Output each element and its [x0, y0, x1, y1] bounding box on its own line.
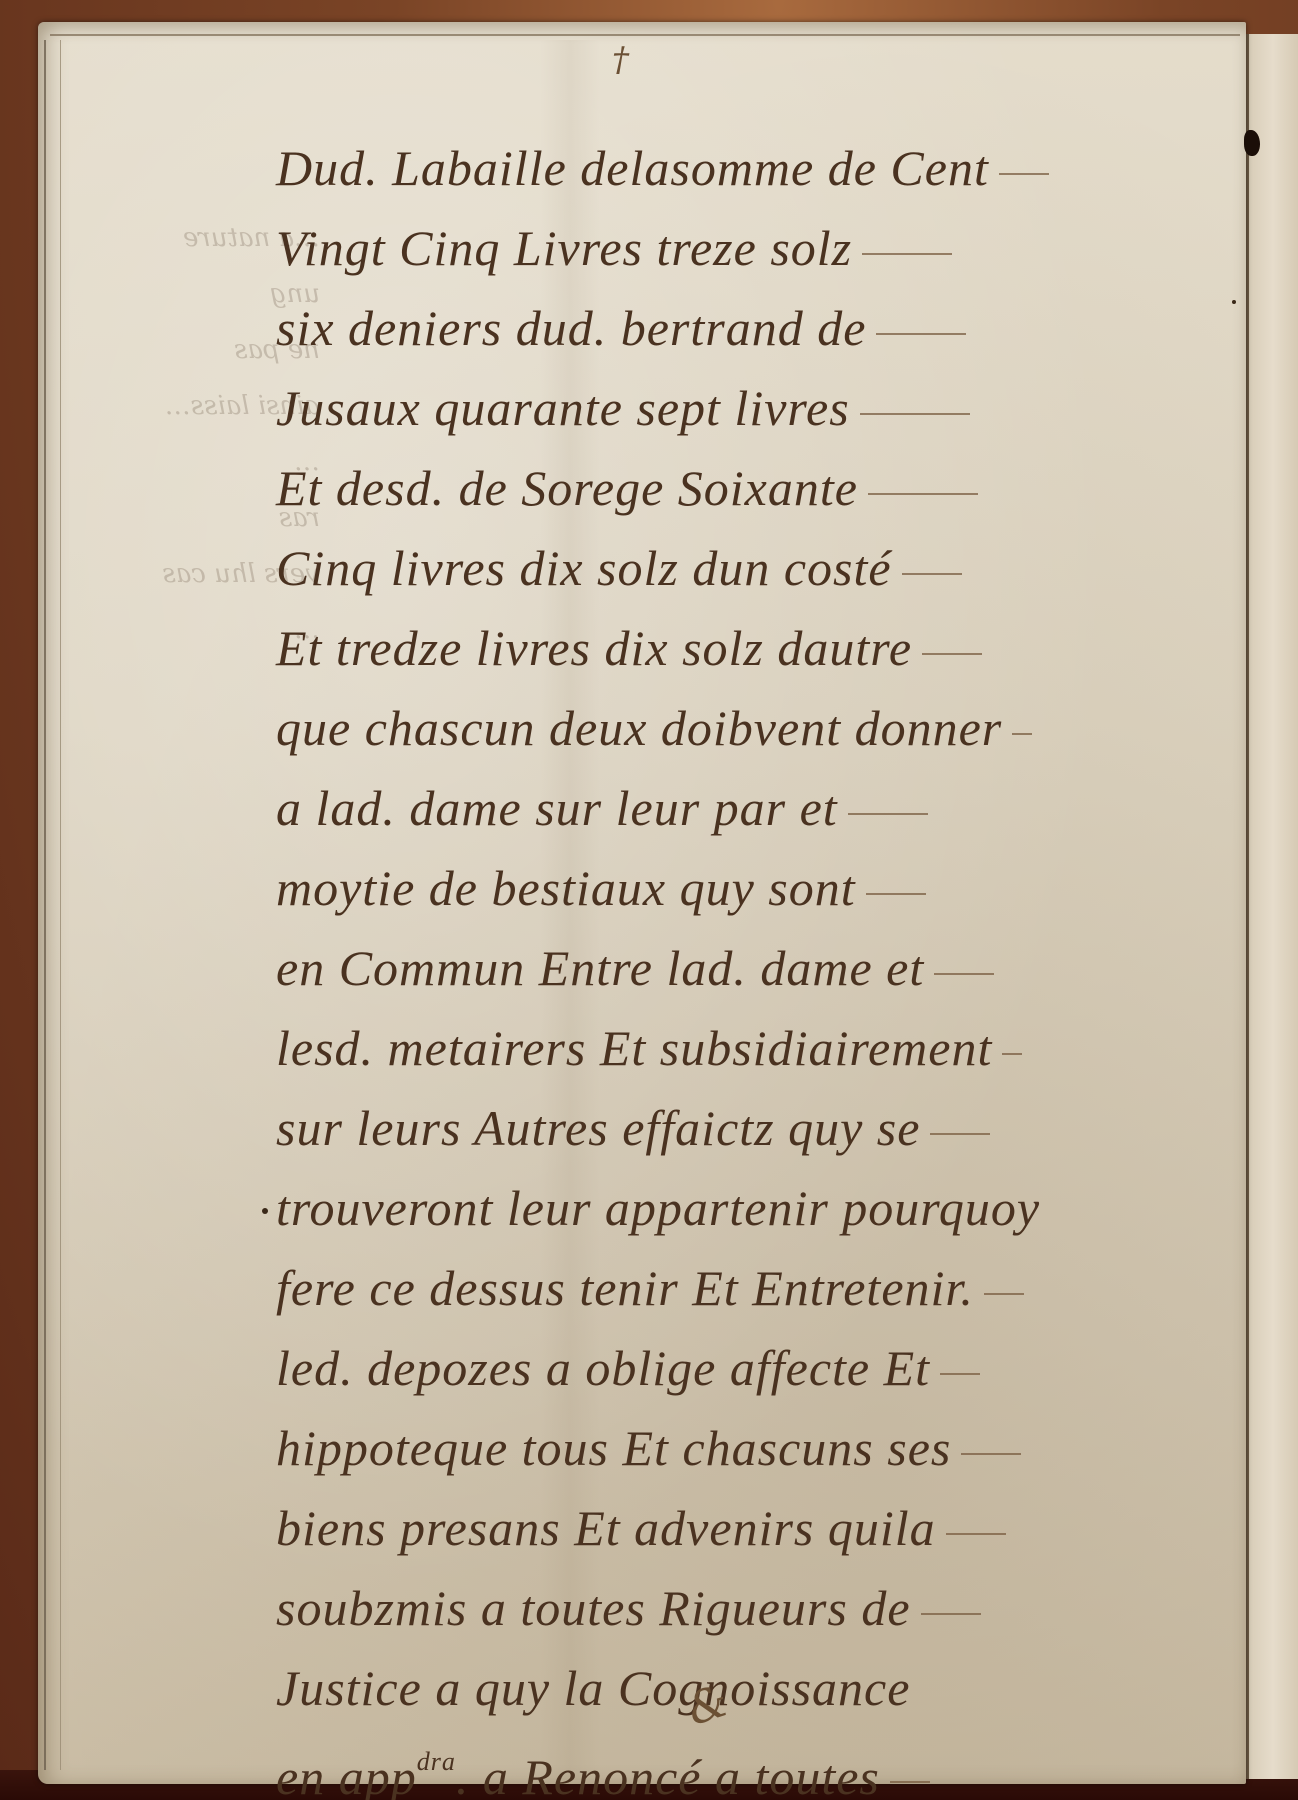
ink-dot [1232, 300, 1236, 304]
line-filler-stroke [862, 253, 952, 255]
line-text: hippoteque tous Et chascuns ses [276, 1420, 951, 1476]
line-text: Dud. Labaille delasomme de Cent [276, 140, 989, 196]
binding-hole [1244, 130, 1260, 156]
line-text: Vingt Cinq Livres treze solz [276, 220, 852, 276]
manuscript-line: moytie de bestiaux quy sont [276, 848, 1236, 928]
page-deckle-edge-top [50, 34, 1240, 42]
line-text: sur leurs Autres effaictz quy se [276, 1100, 920, 1156]
line-text: Jusaux quarante sept livres [276, 380, 850, 436]
line-text: Et desd. de Sorege Soixante [276, 460, 858, 516]
line-text: lesd. metairers Et subsidiairement [276, 1020, 992, 1076]
page-top-mark: † [612, 40, 629, 80]
line-text: en appdra. a Renoncé a toutes [276, 1749, 880, 1800]
line-text: Et tredze livres dix solz dautre [276, 620, 912, 676]
line-text: trouveront leur appartenir pourquoy [276, 1180, 1040, 1236]
line-filler-stroke [922, 653, 982, 655]
line-text: biens presans Et advenirs quila [276, 1500, 936, 1556]
line-filler-stroke [934, 973, 994, 975]
manuscript-line: que chascun deux doibvent donner [276, 688, 1236, 768]
line-filler-stroke [961, 1453, 1021, 1455]
manuscript-line: en Commun Entre lad. dame et [276, 928, 1236, 1008]
manuscript-text: Dud. Labaille delasomme de CentVingt Cin… [276, 128, 1236, 1800]
line-filler-stroke [848, 813, 928, 815]
manuscript-line: sur leurs Autres effaictz quy se [276, 1088, 1236, 1168]
manuscript-line: a lad. dame sur leur par et [276, 768, 1236, 848]
line-text: led. depozes a oblige affecte Et [276, 1340, 930, 1396]
manuscript-line: hippoteque tous Et chascuns ses [276, 1408, 1236, 1488]
manuscript-line: lesd. metairers Et subsidiairement [276, 1008, 1236, 1088]
manuscript-line: en appdra. a Renoncé a toutes [276, 1728, 1236, 1800]
manuscript-line: soubzmis a toutes Rigueurs de [276, 1568, 1236, 1648]
manuscript-line: Et desd. de Sorege Soixante [276, 448, 1236, 528]
page-deckle-edge-left [44, 40, 61, 1770]
line-filler-stroke [930, 1133, 990, 1135]
line-text: six deniers dud. bertrand de [276, 300, 866, 356]
line-filler-stroke [876, 333, 966, 335]
line-text: en Commun Entre lad. dame et [276, 940, 924, 996]
line-text: fere ce dessus tenir Et Entretenir. [276, 1260, 974, 1316]
line-text: Justice a quy la Cognoissance [276, 1660, 910, 1716]
line-filler-stroke [1002, 1053, 1022, 1055]
line-text: soubzmis a toutes Rigueurs de [276, 1580, 911, 1636]
line-filler-stroke [868, 493, 978, 495]
line-filler-stroke [890, 1781, 930, 1783]
manuscript-line: led. depozes a oblige affecte Et [276, 1328, 1236, 1408]
line-filler-stroke [999, 173, 1049, 175]
line-filler-stroke [860, 413, 970, 415]
manuscript-line: Dud. Labaille delasomme de Cent [276, 128, 1236, 208]
manuscript-line: biens presans Et advenirs quila [276, 1488, 1236, 1568]
line-filler-stroke [946, 1533, 1006, 1535]
line-filler-stroke [866, 893, 926, 895]
manuscript-line: six deniers dud. bertrand de [276, 288, 1236, 368]
line-filler-stroke [940, 1373, 980, 1375]
line-filler-stroke [902, 573, 962, 575]
manuscript-line: Cinq livres dix solz dun costé [276, 528, 1236, 608]
line-filler-stroke [1012, 733, 1032, 735]
manuscript-line: Vingt Cinq Livres treze solz [276, 208, 1236, 288]
line-text: que chascun deux doibvent donner [276, 700, 1002, 756]
adjacent-page-edge [1246, 34, 1298, 1779]
manuscript-line: trouveront leur appartenir pourquoy [276, 1168, 1236, 1248]
line-filler-stroke [984, 1293, 1024, 1295]
line-text: moytie de bestiaux quy sont [276, 860, 856, 916]
manuscript-line: Jusaux quarante sept livres [276, 368, 1236, 448]
line-text: a lad. dame sur leur par et [276, 780, 838, 836]
manuscript-line: Et tredze livres dix solz dautre [276, 608, 1236, 688]
ink-dot [262, 1208, 268, 1214]
line-text: Cinq livres dix solz dun costé [276, 540, 892, 596]
line-filler-stroke [921, 1613, 981, 1615]
manuscript-line: fere ce dessus tenir Et Entretenir. [276, 1248, 1236, 1328]
superscript-abbreviation: dra [417, 1747, 456, 1776]
manuscript-line: Justice a quy la Cognoissance [276, 1648, 1236, 1728]
